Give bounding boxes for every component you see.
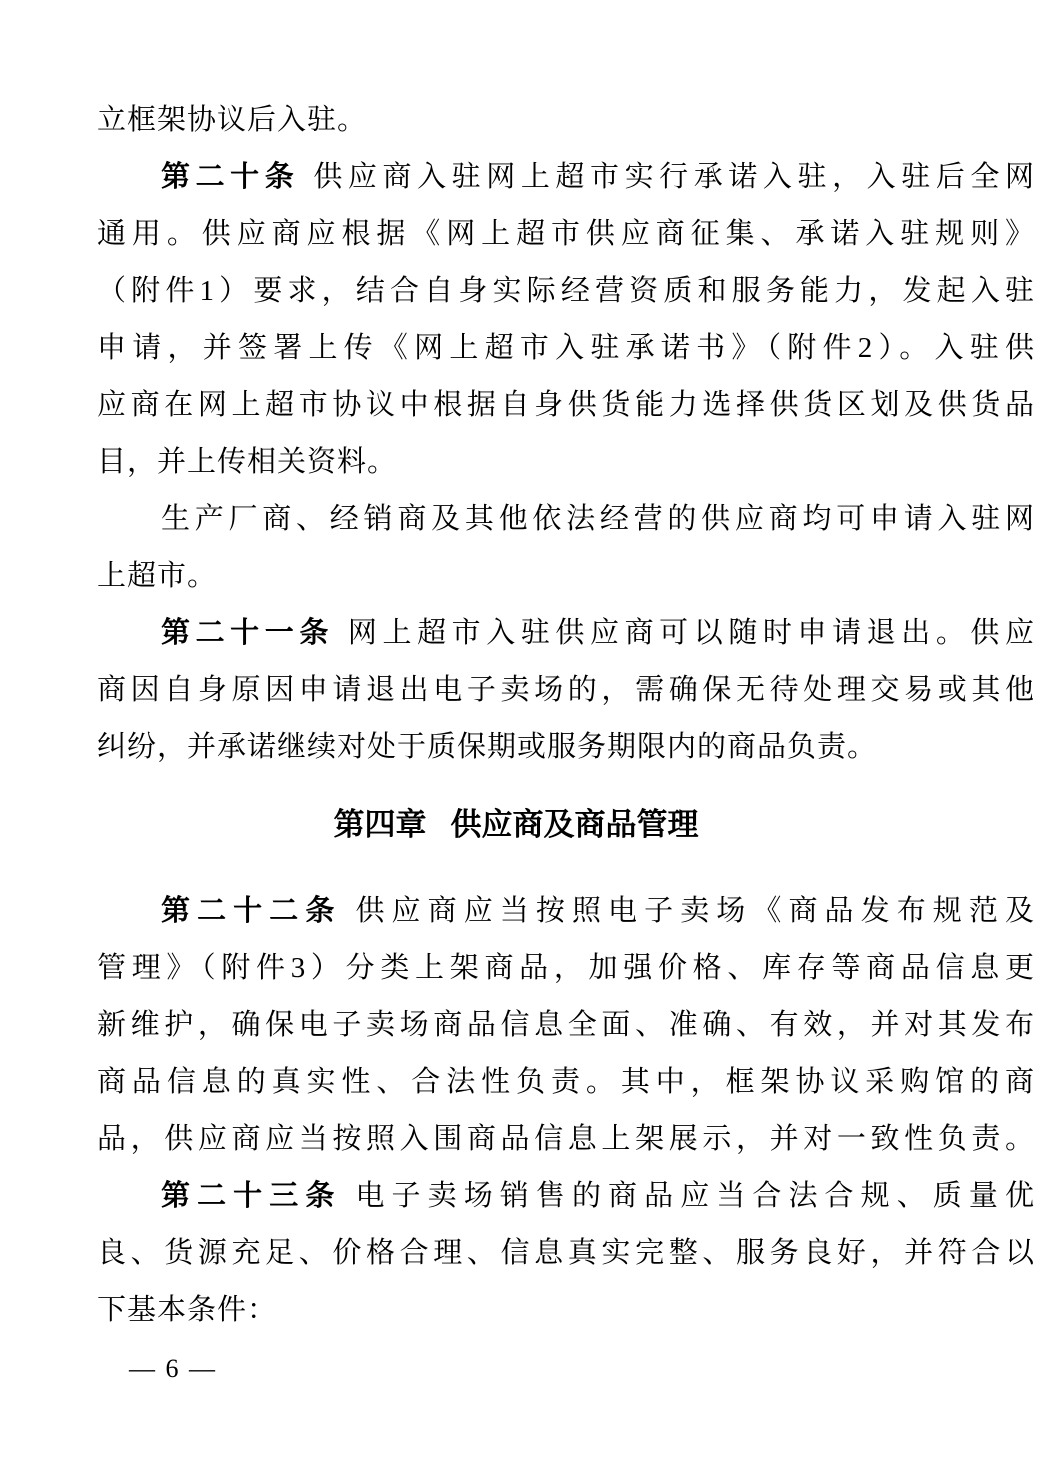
body-line: 纠纷，并承诺继续对处于质保期或服务期限内的商品负责。 [97,719,1035,776]
document-body: 立框架协议后入驻。 第二十条供应商入驻网上超市实行承诺入驻，入驻后全网 通用。供… [0,0,1057,1389]
line-text: 商品信息的真实性、合法性负责。其中，框架协议采购馆的商 [97,1066,1035,1098]
body-line: （附件1）要求，结合自身实际经营资质和服务能力，发起入驻 [97,263,1035,320]
line-text: 上超市。 [97,560,217,592]
body-line: 良、货源充足、价格合理、信息真实完整、服务良好，并符合以 [97,1225,1035,1282]
line-text: 网上超市入驻供应商可以随时申请退出。供应 [348,617,1035,649]
line-text: 商因自身原因申请退出电子卖场的，需确保无待处理交易或其他 [97,674,1035,706]
body-line: 立框架协议后入驻。 [97,92,1035,149]
body-line: 生产厂商、经销商及其他依法经营的供应商均可申请入驻网 [97,491,1035,548]
document-page: 立框架协议后入驻。 第二十条供应商入驻网上超市实行承诺入驻，入驻后全网 通用。供… [0,0,1057,1483]
body-line: 上超市。 [97,548,1035,605]
body-line: 目，并上传相关资料。 [97,434,1035,491]
line-text: 目，并上传相关资料。 [97,446,397,478]
body-line: 新维护，确保电子卖场商品信息全面、准确、有效，并对其发布 [97,997,1035,1054]
page-number-text: — 6 — [129,1354,217,1383]
chapter-body: 第二十二条供应商应当按照电子卖场《商品发布规范及 管理》（附件3）分类上架商品，… [97,883,1035,1339]
line-text: 良、货源充足、价格合理、信息真实完整、服务良好，并符合以 [97,1237,1035,1269]
line-text: （附件1）要求，结合自身实际经营资质和服务能力，发起入驻 [97,275,1035,307]
line-text: 品，供应商应当按照入围商品信息上架展示，并对一致性负责。 [97,1123,1035,1155]
body-line: 商因自身原因申请退出电子卖场的，需确保无待处理交易或其他 [97,662,1035,719]
body-line: 申请，并签署上传《网上超市入驻承诺书》（附件2）。入驻供 [97,320,1035,377]
line-text: 新维护，确保电子卖场商品信息全面、准确、有效，并对其发布 [97,1009,1035,1041]
line-text: 电子卖场销售的商品应当合法合规、质量优 [355,1180,1035,1212]
chapter-heading: 第四章供应商及商品管理 [97,796,1035,853]
body-line: 品，供应商应当按照入围商品信息上架展示，并对一致性负责。 [97,1111,1035,1168]
line-text: 生产厂商、经销商及其他依法经营的供应商均可申请入驻网 [161,503,1035,535]
body-line: 管理》（附件3）分类上架商品，加强价格、库存等商品信息更 [97,940,1035,997]
body-line: 商品信息的真实性、合法性负责。其中，框架协议采购馆的商 [97,1054,1035,1111]
body-line: 应商在网上超市协议中根据自身供货能力选择供货区划及供货品 [97,377,1035,434]
line-text: 通用。供应商应根据《网上超市供应商征集、承诺入驻规则》 [97,218,1035,250]
article-number: 第二十条 [161,161,299,193]
line-text: 应商在网上超市协议中根据自身供货能力选择供货区划及供货品 [97,389,1035,421]
chapter-title: 供应商及商品管理 [451,807,699,842]
line-text: 申请，并签署上传《网上超市入驻承诺书》（附件2）。入驻供 [97,332,1035,364]
line-text: 供应商应当按照电子卖场《商品发布规范及 [355,895,1035,927]
body-line: 第二十一条网上超市入驻供应商可以随时申请退出。供应 [97,605,1035,662]
body-line: 通用。供应商应根据《网上超市供应商征集、承诺入驻规则》 [97,206,1035,263]
body-line: 第二十二条供应商应当按照电子卖场《商品发布规范及 [97,883,1035,940]
body-line: 第二十三条电子卖场销售的商品应当合法合规、质量优 [97,1168,1035,1225]
body-line: 第二十条供应商入驻网上超市实行承诺入驻，入驻后全网 [97,149,1035,206]
chapter-number: 第四章 [334,807,427,842]
line-text: 立框架协议后入驻。 [97,104,367,136]
page-number: — 6 — [129,1349,1035,1389]
line-text: 下基本条件： [97,1294,277,1326]
line-text: 管理》（附件3）分类上架商品，加强价格、库存等商品信息更 [97,952,1035,984]
article-number: 第二十二条 [161,895,341,927]
line-text: 纠纷，并承诺继续对处于质保期或服务期限内的商品负责。 [97,731,877,763]
body-line: 下基本条件： [97,1282,1035,1339]
article-number: 第二十一条 [161,617,334,649]
article-number: 第二十三条 [161,1180,341,1212]
line-text: 供应商入驻网上超市实行承诺入驻，入驻后全网 [313,161,1035,193]
